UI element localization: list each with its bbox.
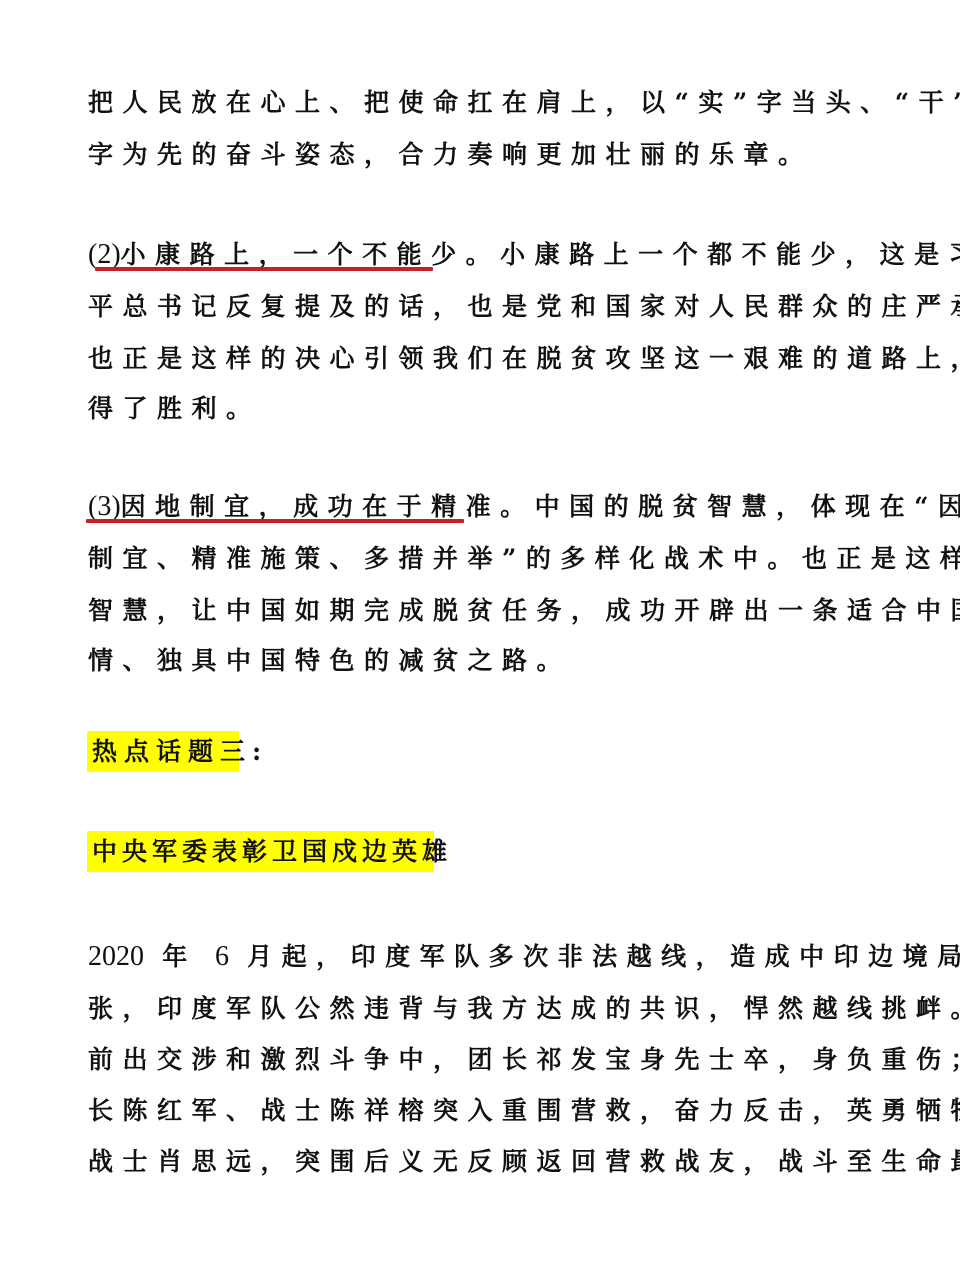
paragraph-line: 张，印度军队公然违背与我方达成的共识，悍然越线挑衅。在: [88, 992, 960, 1026]
paragraph-line: 把人民放在心上、把使命扛在肩上，以“实”字当头、“干”: [88, 86, 960, 120]
point-2-heading: 小康路上，一个不能少。: [121, 240, 501, 269]
topic-title: 中央军委表彰卫国戍边英雄: [92, 835, 452, 869]
point-3-heading: 因地制宜，成功在于精准。: [121, 492, 535, 521]
paragraph-line: 战士肖思远，突围后义无反顾返回营救战友，战斗至生命最后: [88, 1145, 960, 1179]
point-2-text: 小康路上一个都不能少，这是习近: [500, 240, 960, 269]
paragraph-line: 平总书记反复提及的话，也是党和国家对人民群众的庄严承诺。: [88, 290, 960, 324]
text-fragment: 年: [162, 942, 197, 971]
year: 2020: [88, 941, 144, 972]
text-fragment: 月起，印度军队多次非法越线，造成中印边境局势紧: [247, 942, 960, 971]
paragraph-line: 也正是这样的决心引领我们在脱贫攻坚这一艰难的道路上，取: [88, 342, 960, 376]
point-3-underline: [86, 519, 464, 523]
topic-3-first-line: 2020 年 6 月起，印度军队多次非法越线，造成中印边境局势紧: [88, 940, 960, 974]
paragraph-line: 长陈红军、战士陈祥榕突入重围营救，奋力反击，英勇牺牲；: [88, 1094, 960, 1128]
paragraph-line: 字为先的奋斗姿态，合力奏响更加壮丽的乐章。: [88, 138, 813, 172]
point-2-marker: (2): [88, 239, 121, 270]
paragraph-line: 情、独具中国特色的减贫之路。: [88, 644, 571, 678]
point-3-marker: (3): [88, 491, 121, 522]
topic-label: 热点话题三:: [92, 735, 268, 769]
paragraph-line: 前出交涉和激烈斗争中，团长祁发宝身先士卒，身负重伤；营: [88, 1043, 960, 1077]
paragraph-line: 得了胜利。: [88, 392, 261, 426]
point-2-underline: [95, 267, 433, 271]
paragraph-line: 智慧，让中国如期完成脱贫任务，成功开辟出一条适合中国国: [88, 594, 960, 628]
paragraph-line: 制宜、精准施策、多措并举”的多样化战术中。也正是这样的: [88, 542, 960, 576]
month: 6: [215, 941, 229, 972]
point-3-text: 中国的脱贫智慧，体现在“因地: [535, 492, 960, 521]
